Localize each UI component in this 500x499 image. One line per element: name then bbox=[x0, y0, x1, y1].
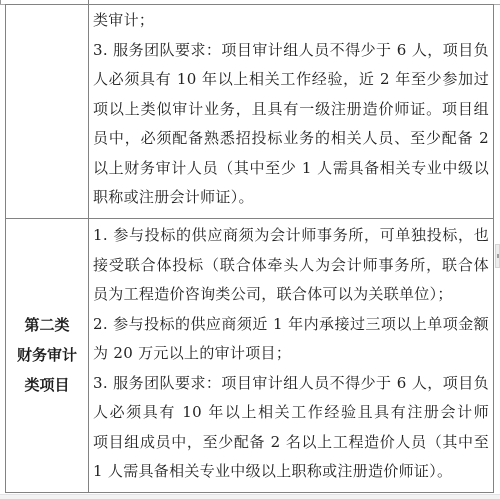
table-border-top bbox=[5, 4, 494, 5]
row2-label: 第二类 财务审计 类项目 bbox=[6, 310, 88, 400]
row2-line-5: 为 20 万元以上的审计项目； bbox=[93, 339, 489, 369]
table-row-divider bbox=[5, 218, 494, 219]
right-edge-scrollbar-thumb[interactable] bbox=[495, 244, 500, 268]
row2-line-8: 项目组成员中，至少配备 2 名以上工程造价人员（其中至少 bbox=[93, 428, 489, 458]
table-column-divider bbox=[88, 0, 89, 493]
table-row: 1. 参与投标的供应商须为会计师事务所，可单独投标，也可 接受联合体投标（联合体… bbox=[93, 221, 489, 487]
row2-line-2: 接受联合体投标（联合体牵头人为会计师事务所，联合体成 bbox=[93, 251, 489, 281]
row1-line-7: 职称或注册会计师证）。 bbox=[93, 183, 489, 213]
row2-line-4: 2. 参与投标的供应商须近 1 年内承接过三项以上单项金额 bbox=[93, 310, 489, 340]
row2-line-9: 1 人需具备相关专业中级以上职称或注册造价师证）。 bbox=[93, 457, 489, 487]
table-border-bottom bbox=[5, 492, 494, 493]
row2-line-1: 1. 参与投标的供应商须为会计师事务所，可单独投标，也可 bbox=[93, 221, 489, 251]
row2-line-7: 人必须具有 10 年以上相关工作经验且具有注册会计师证。 bbox=[93, 398, 489, 428]
row2-label-line-3: 类项目 bbox=[6, 370, 88, 400]
document-page: 类审计； 3. 服务团队要求：项目审计组人员不得少于 6 人，项目负责 人必须具… bbox=[0, 0, 500, 499]
page-bottom-strip bbox=[0, 494, 500, 499]
row1-line-2: 3. 服务团队要求：项目审计组人员不得少于 6 人，项目负责 bbox=[93, 36, 489, 66]
row2-label-line-1: 第二类 bbox=[6, 310, 88, 340]
row2-line-6: 3. 服务团队要求：项目审计组人员不得少于 6 人，项目负责 bbox=[93, 369, 489, 399]
table-border-right bbox=[493, 4, 494, 493]
table-border-left bbox=[5, 4, 6, 493]
row1-line-6: 以上财务审计人员（其中至少 1 人需具备相关专业中级以上 bbox=[93, 154, 489, 184]
scrollbar-grip-icon bbox=[497, 254, 499, 258]
table-row: 类审计； 3. 服务团队要求：项目审计组人员不得少于 6 人，项目负责 人必须具… bbox=[93, 6, 489, 213]
row2-label-line-2: 财务审计 bbox=[6, 340, 88, 370]
row1-line-1: 类审计； bbox=[93, 6, 489, 36]
row1-line-4: 项以上类似审计业务，且具有一级注册造价师证。项目组成 bbox=[93, 95, 489, 125]
row2-line-3: 员为工程造价咨询类公司，联合体可以为关联单位）； bbox=[93, 280, 489, 310]
row1-line-5: 员中，必须配备熟悉招投标业务的相关人员、至少配备 2 名 bbox=[93, 124, 489, 154]
row1-line-3: 人必须具有 10 年以上相关工作经验，近 2 年至少参加过 1 bbox=[93, 65, 489, 95]
